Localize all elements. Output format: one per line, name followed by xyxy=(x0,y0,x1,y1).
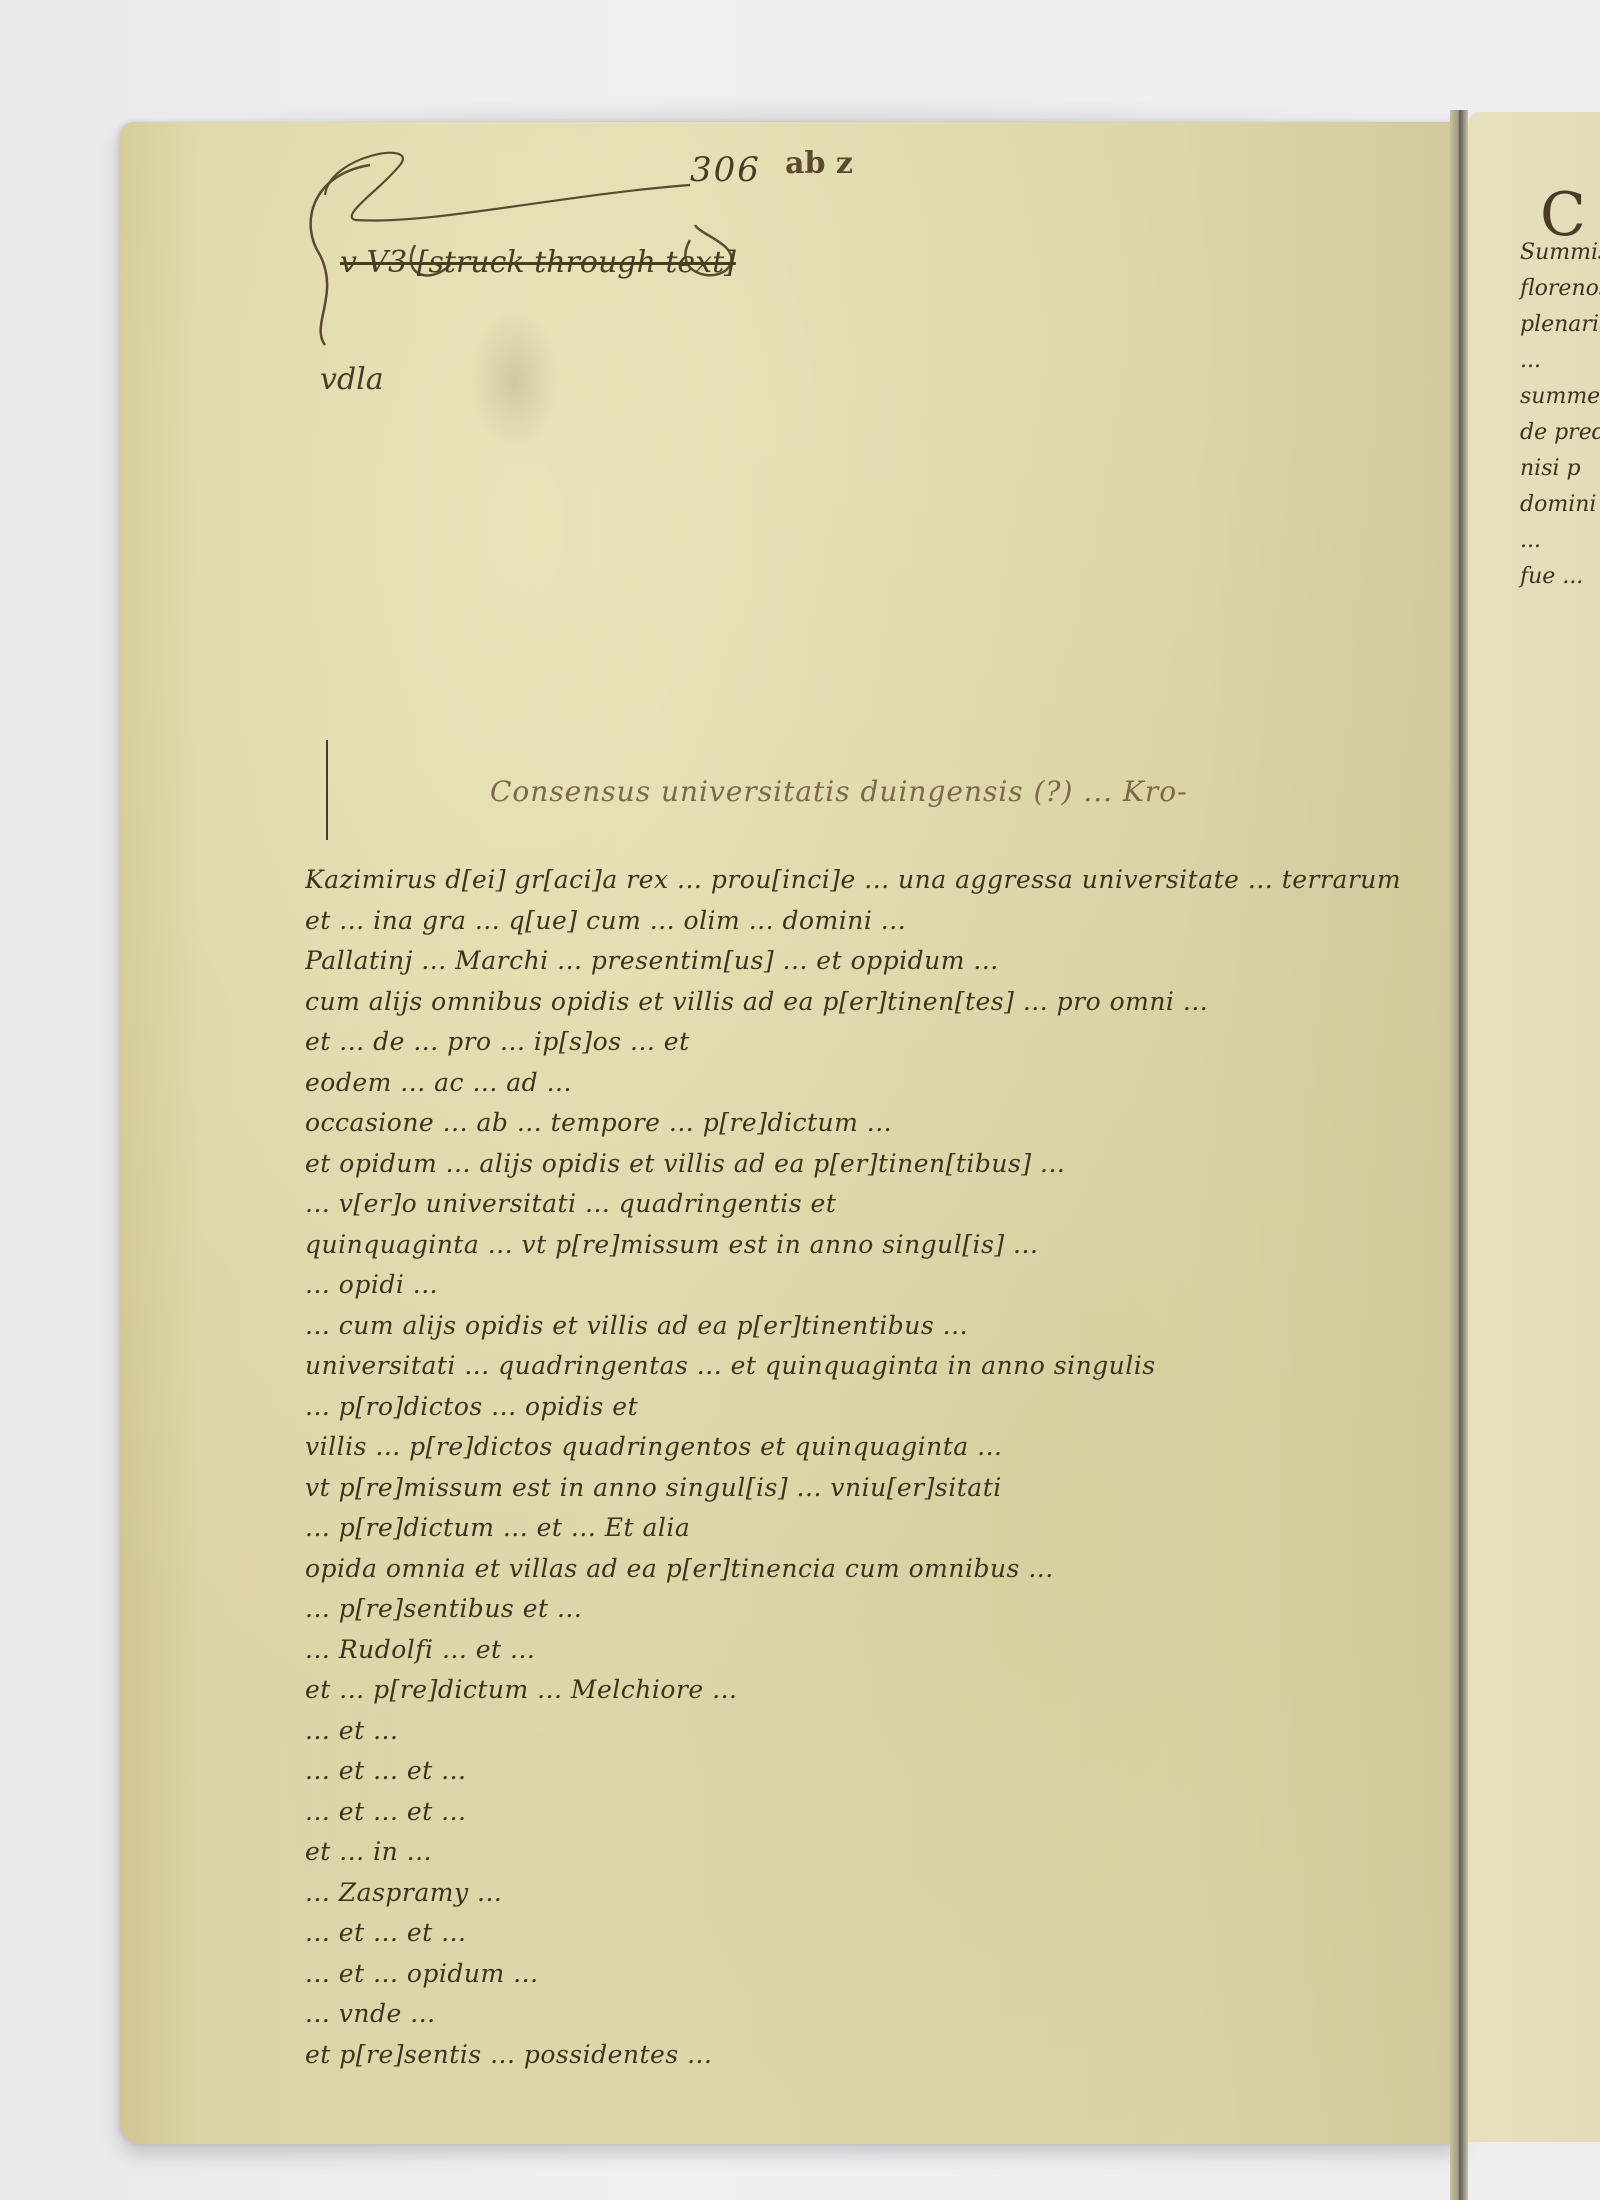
text-line: et ... ina gra ... q[ue] cum ... olim ..… xyxy=(305,901,1400,942)
text-line: et ... p[re]dictum ... Melchiore ... xyxy=(305,1670,1400,1711)
text-line: ... et ... opidum ... xyxy=(305,1954,1400,1995)
text-line: et p[re]sentis ... possidentes ... xyxy=(305,2035,1400,2076)
right-page-text: Summis florenos plenariam ... summe de p… xyxy=(1520,235,1600,595)
text-line: ... vnde ... xyxy=(305,1994,1400,2035)
right-text-line: summe xyxy=(1520,379,1600,415)
text-line: occasione ... ab ... tempore ... p[re]di… xyxy=(305,1103,1400,1144)
text-line: et ... in ... xyxy=(305,1832,1400,1873)
struck-text: v V3 [struck-through text] xyxy=(340,245,736,280)
right-text-line: florenos xyxy=(1520,271,1600,307)
text-line: ... et ... xyxy=(305,1711,1400,1752)
text-line: ... Rudolfi ... et ... xyxy=(305,1630,1400,1671)
text-line: universitati ... quadringentas ... et qu… xyxy=(305,1346,1400,1387)
text-line: ... v[er]o universitati ... quadringenti… xyxy=(305,1184,1400,1225)
margin-rule xyxy=(326,740,328,840)
text-line: eodem ... ac ... ad ... xyxy=(305,1063,1400,1104)
text-line: ... opidi ... xyxy=(305,1265,1400,1306)
text-line: ... et ... et ... xyxy=(305,1751,1400,1792)
text-line: ... cum alijs opidis et villis ad ea p[e… xyxy=(305,1306,1400,1347)
folio-number: 306 xyxy=(690,150,761,190)
folio-mark: ab z xyxy=(785,146,853,181)
text-line: vt p[re]missum est in anno singul[is] ..… xyxy=(305,1468,1400,1509)
right-text-line: de predi xyxy=(1520,415,1600,451)
text-line: quinquaginta ... vt p[re]missum est in a… xyxy=(305,1225,1400,1266)
margin-note: vdla xyxy=(320,362,384,397)
text-line: ... et ... et ... xyxy=(305,1792,1400,1833)
right-text-line: domini xyxy=(1520,487,1600,523)
text-line: Pallatinj ... Marchi ... presentim[us] .… xyxy=(305,941,1400,982)
text-line: cum alijs omnibus opidis et villis ad ea… xyxy=(305,982,1400,1023)
struck-line: v V3 [struck-through text] xyxy=(340,245,736,280)
right-text-line: fue ... xyxy=(1520,559,1600,595)
text-line: opida omnia et villas ad ea p[er]tinenci… xyxy=(305,1549,1400,1590)
text-line: villis ... p[re]dictos quadringentos et … xyxy=(305,1427,1400,1468)
document-heading: Consensus universitatis duingensis (?) .… xyxy=(490,775,1188,808)
text-line: ... p[ro]dictos ... opidis et xyxy=(305,1387,1400,1428)
manuscript-body: Kazimirus d[ei] gr[aci]a rex ... prou[in… xyxy=(305,860,1400,2075)
right-text-line: ... xyxy=(1520,523,1600,559)
text-line: ... et ... et ... xyxy=(305,1913,1400,1954)
right-text-line: Summis xyxy=(1520,235,1600,271)
right-text-line: nisi p xyxy=(1520,451,1600,487)
text-line: ... p[re]dictum ... et ... Et alia xyxy=(305,1508,1400,1549)
text-line: et opidum ... alijs opidis et villis ad … xyxy=(305,1144,1400,1185)
text-line: ... Zaspramy ... xyxy=(305,1873,1400,1914)
text-line: Kazimirus d[ei] gr[aci]a rex ... prou[in… xyxy=(305,860,1400,901)
book-gutter xyxy=(1450,110,1468,2200)
right-text-line: ... xyxy=(1520,343,1600,379)
right-text-line: plenariam xyxy=(1520,307,1600,343)
text-line: ... p[re]sentibus et ... xyxy=(305,1589,1400,1630)
text-line: et ... de ... pro ... ip[s]os ... et xyxy=(305,1022,1400,1063)
